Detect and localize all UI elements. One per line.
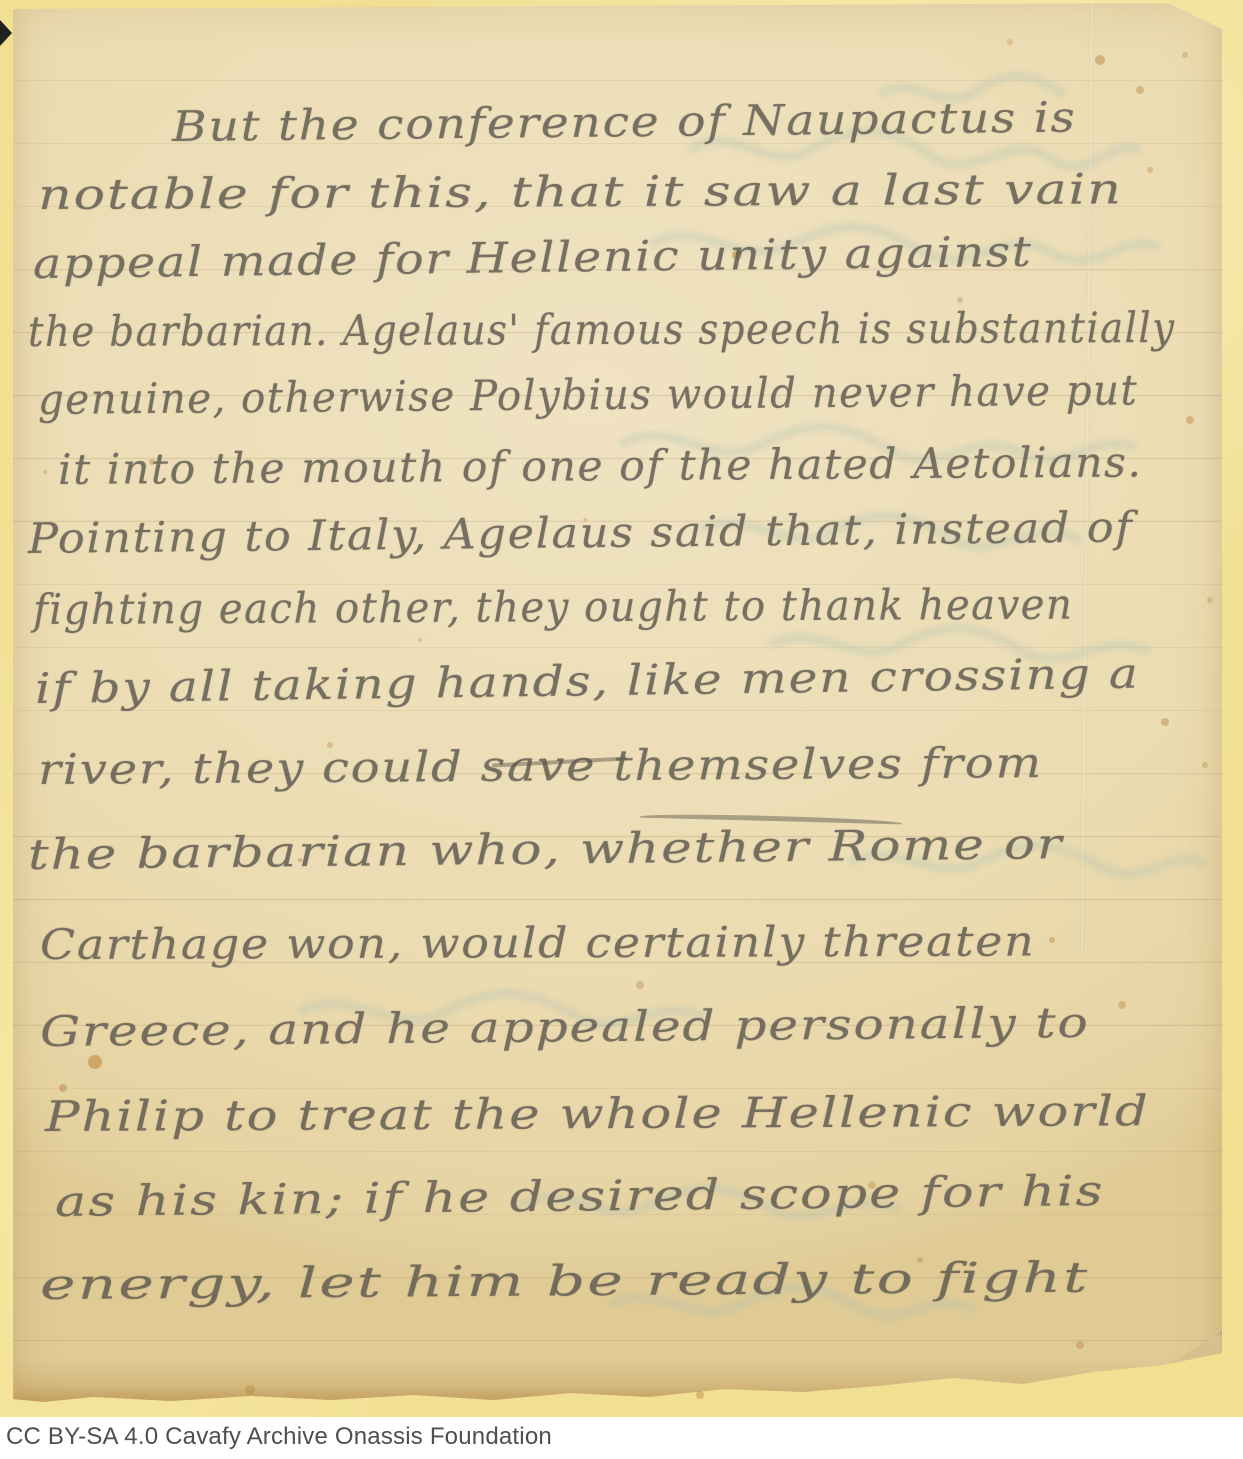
handwriting-line: the barbarian who, whether Rome or <box>28 812 1064 887</box>
handwriting-line: appeal made for Hellenic unity against <box>33 220 1033 296</box>
handwriting-line: But the conference of Naupactus is <box>172 86 1077 159</box>
handwriting-line: notable for this, that it saw a last vai… <box>38 157 1123 227</box>
handwriting-line: fighting each other, they ought to thank… <box>33 573 1074 642</box>
handwriting-line: the barbarian. Agelaus' famous speech is… <box>28 296 1176 364</box>
handwriting-line: Philip to treat the whole Hellenic world <box>45 1079 1150 1149</box>
handwriting-line: Carthage won, would certainly threaten <box>40 910 1036 977</box>
license-caption: CC BY-SA 4.0 Cavafy Archive Onassis Foun… <box>0 1417 552 1457</box>
license-caption-bar: CC BY-SA 4.0 Cavafy Archive Onassis Foun… <box>0 1417 1243 1459</box>
handwriting-line: as his kin; if he desired scope for his <box>55 1159 1105 1234</box>
handwriting-line: it into the mouth of one of the hated Ae… <box>58 430 1143 502</box>
scanned-manuscript-page: But the conference of Naupactus is notab… <box>0 0 1243 1459</box>
handwriting-line: Greece, and he appealed personally to <box>40 991 1090 1064</box>
handwriting-line: genuine, otherwise Polybius would never … <box>38 358 1139 432</box>
handwriting-line: energy, let him be ready to fight <box>40 1246 1090 1317</box>
handwriting-line: Pointing to Italy, Agelaus said that, in… <box>28 495 1134 571</box>
handwriting-line: river, they could save themselves from <box>38 731 1043 802</box>
